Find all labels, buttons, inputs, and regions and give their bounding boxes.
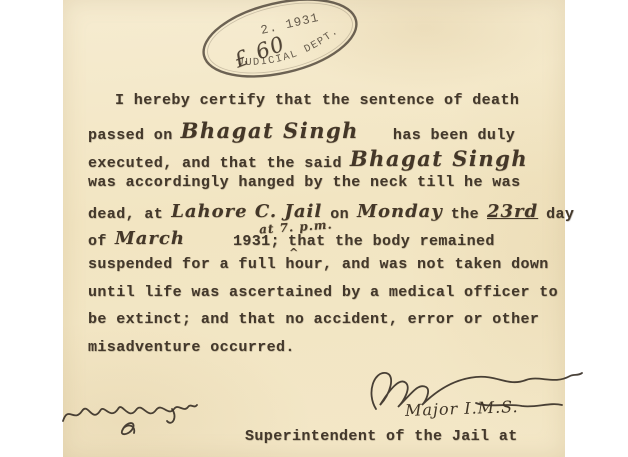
signature-initials — [122, 423, 134, 434]
typed-text: misadventure occurred. — [88, 339, 295, 356]
cert-line-6: ofMarch1931;at 7. p.m.^that the body rem… — [88, 229, 550, 256]
stamp-date-text: 2. 1931 — [259, 11, 320, 38]
handwritten-month: March — [115, 228, 185, 249]
cert-line-3: executed, and that the saidBhagat Singh — [88, 147, 550, 174]
handwritten-place: Lahore C. Jail — [171, 201, 322, 222]
typed-text: the — [451, 206, 479, 223]
insertion-caret: ^ — [289, 246, 299, 259]
certificate-body: I hereby certify that the sentence of de… — [88, 92, 550, 366]
typed-text: day — [546, 206, 574, 223]
typed-text: suspended for a full hour, and was not t… — [88, 256, 549, 273]
typed-text: I hereby certify that the sentence of de… — [115, 92, 519, 109]
superintendent-title: Superintendent of the Jail at — [245, 428, 518, 445]
typed-text: be extinct; and that no accident, error … — [88, 311, 539, 328]
typed-text: on — [330, 206, 349, 223]
cert-line-8: until life was ascertained by a medical … — [88, 284, 550, 311]
handwritten-name: Bhagat Singh — [181, 118, 359, 143]
left-signature — [60, 383, 200, 445]
judicial-dept-stamp: JUDICIAL DEPT. 2. 1931 £ 60 — [191, 0, 369, 80]
typed-text: dead, at — [88, 206, 163, 223]
cert-line-7: suspended for a full hour, and was not t… — [88, 256, 550, 283]
typed-text: has been duly — [393, 127, 515, 144]
cert-line-4: was accordingly hanged by the neck till … — [88, 174, 550, 201]
typed-text: of — [88, 233, 107, 250]
cert-line-1: I hereby certify that the sentence of de… — [88, 92, 550, 119]
cert-line-9: be extinct; and that no accident, error … — [88, 311, 550, 338]
typed-text: that the body remained — [288, 233, 495, 250]
year-with-insertion: 1931;at 7. p.m.^ — [233, 233, 280, 250]
paper: JUDICIAL DEPT. 2. 1931 £ 60 I hereby cer… — [63, 0, 565, 457]
document-photo: JUDICIAL DEPT. 2. 1931 £ 60 I hereby cer… — [0, 0, 628, 457]
typed-text: was accordingly hanged by the neck till … — [88, 174, 520, 191]
handwritten-name: Bhagat Singh — [350, 146, 528, 171]
typed-text: passed on — [88, 127, 173, 144]
signature-rank-text: Major I.M.S. — [405, 397, 519, 420]
typed-text: executed, and that the said — [88, 155, 342, 172]
signature-stroke — [63, 405, 197, 421]
handwritten-day: Monday — [357, 201, 443, 222]
cert-line-2: passed onBhagat Singhhas been duly — [88, 119, 550, 146]
handwritten-date: 23rd — [487, 201, 538, 222]
cert-line-10: misadventure occurred. — [88, 339, 550, 366]
typed-text: until life was ascertained by a medical … — [88, 284, 558, 301]
